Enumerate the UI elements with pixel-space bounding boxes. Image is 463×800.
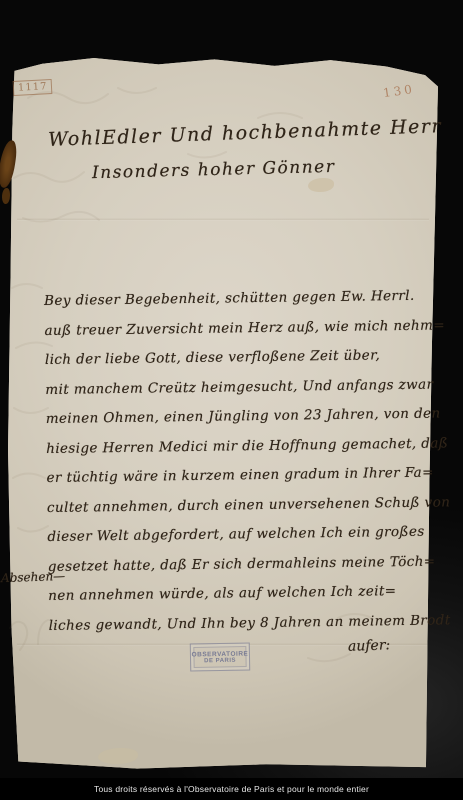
catchword: aufer: xyxy=(348,637,391,654)
observatoire-stamp: OBSERVATOIRE DE PARIS xyxy=(190,642,250,671)
archive-number-boxed: 1117 xyxy=(13,79,53,96)
copyright-caption: Tous droits réservés à l'Observatoire de… xyxy=(94,784,369,794)
photograph-frame: 1117 130 WohlEdler Und hochbenahmte Herr… xyxy=(0,0,463,800)
handwriting-line: liches gewandt, Und Ihn bey 8 Jahren an … xyxy=(49,612,453,647)
stamp-text-line-2: DE PARIS xyxy=(204,657,236,664)
letter-body: Bey dieser Begebenheit, schütten gegen E… xyxy=(44,287,452,647)
margin-note: Absehen— xyxy=(1,569,66,585)
caption-bar: Tous droits réservés à l'Observatoire de… xyxy=(0,778,463,800)
